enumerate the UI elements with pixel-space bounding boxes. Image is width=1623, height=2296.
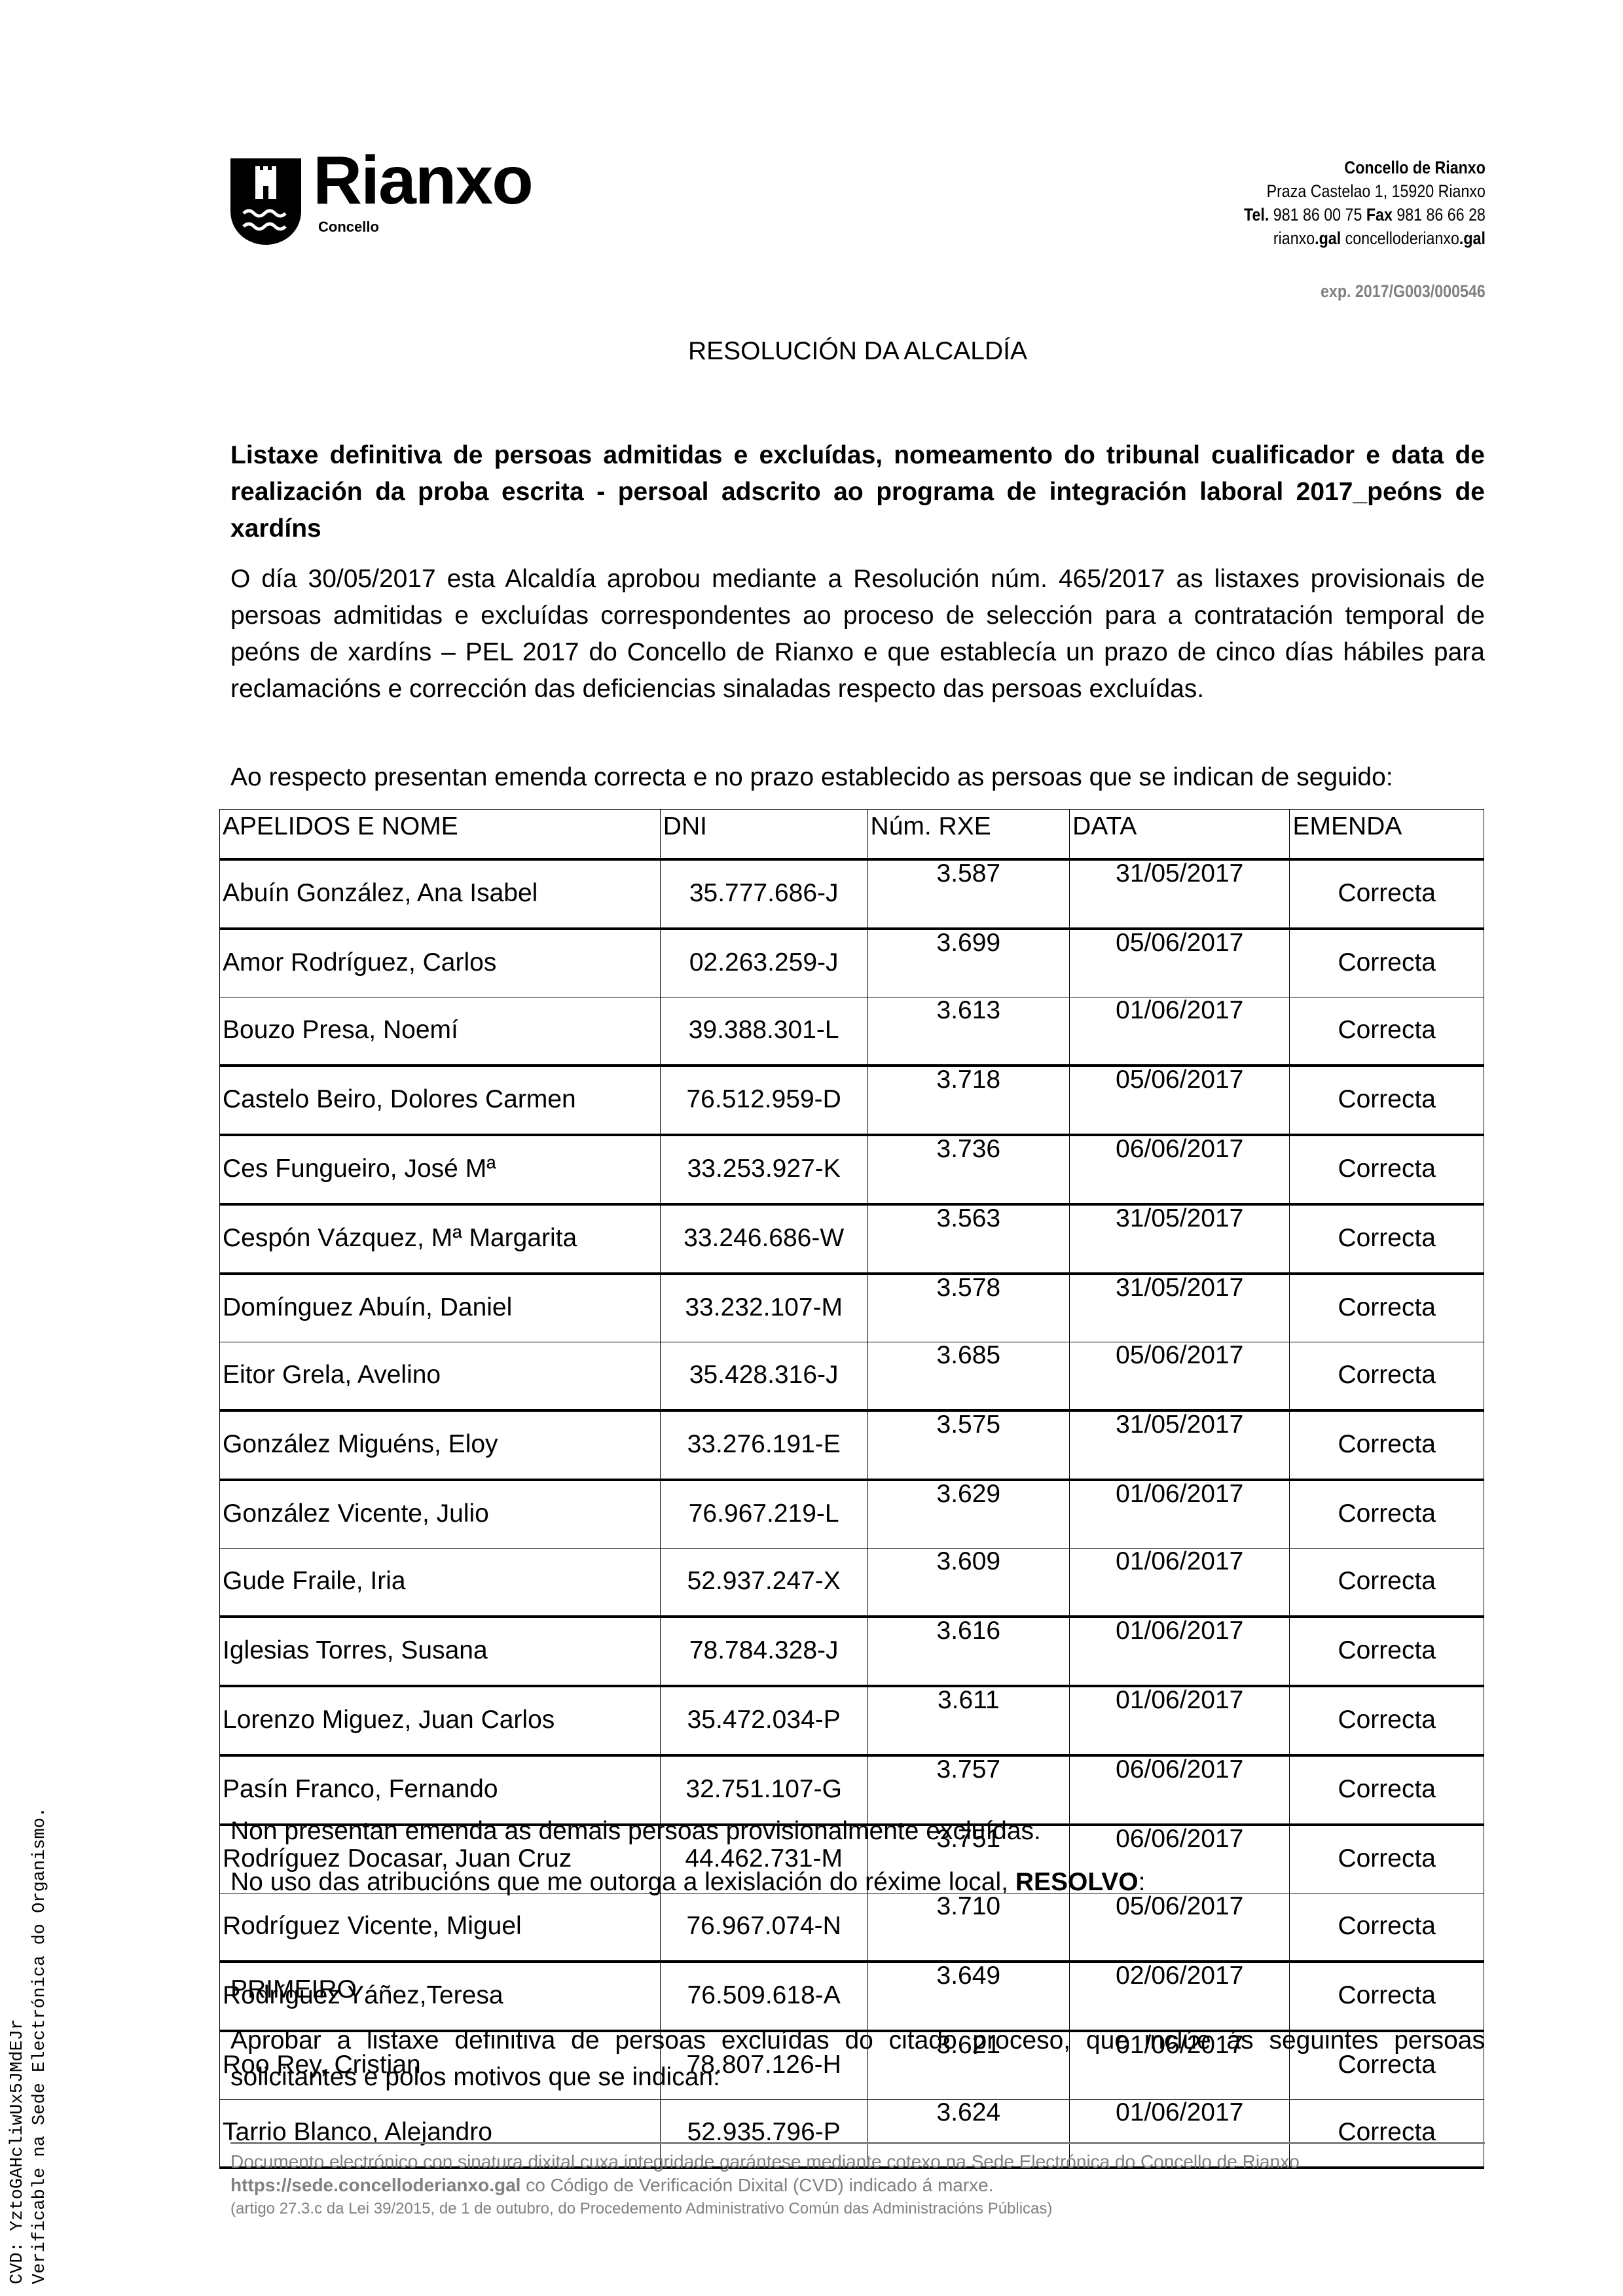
name-cell: Domínguez Abuín, Daniel xyxy=(220,1274,661,1342)
dni-cell: 76.967.219-L xyxy=(660,1480,867,1549)
table-row: Rodríguez Vicente, Miguel76.967.074-N3.7… xyxy=(220,1893,1484,1962)
org-name: Concello de Rianxo xyxy=(1345,158,1486,177)
paragraph-resolvo: No uso das atribucións que me outorga a … xyxy=(230,1864,1485,1901)
emenda-cell: Correcta xyxy=(1290,1686,1484,1755)
address: Praza Castelao 1, 15920 Rianxo xyxy=(1244,179,1486,203)
col-header-date: DATA xyxy=(1070,810,1290,860)
table-row: Bouzo Presa, Noemí39.388.301-L3.61301/06… xyxy=(220,997,1484,1066)
rxe-cell: 3.710 xyxy=(867,1893,1070,1962)
dni-cell: 76.967.074-N xyxy=(660,1893,867,1962)
websites: rianxo.gal concelloderianxo.gal xyxy=(1244,226,1486,250)
emenda-cell: Correcta xyxy=(1290,1274,1484,1342)
col-header-dni: DNI xyxy=(660,810,867,860)
fax-label: Fax xyxy=(1366,205,1393,224)
name-cell: Gude Fraile, Iria xyxy=(220,1549,661,1617)
date-cell: 06/06/2017 xyxy=(1070,1135,1290,1204)
verify-note: Verificable na Sede Electrónica do Organ… xyxy=(29,1807,51,2284)
paragraph-background: O día 30/05/2017 esta Alcaldía aprobou m… xyxy=(230,561,1485,708)
table-row: Lorenzo Miguez, Juan Carlos35.472.034-P3… xyxy=(220,1686,1484,1755)
table-row: Gude Fraile, Iria52.937.247-X3.60901/06/… xyxy=(220,1549,1484,1617)
tel-number: 981 86 00 75 xyxy=(1273,205,1362,224)
name-cell: Abuín González, Ana Isabel xyxy=(220,859,661,929)
dni-cell: 33.276.191-E xyxy=(660,1410,867,1480)
date-cell: 05/06/2017 xyxy=(1070,929,1290,997)
rxe-cell: 3.611 xyxy=(867,1686,1070,1755)
section-primeiro: PRIMEIRO xyxy=(230,1971,1485,2008)
shield-icon xyxy=(229,156,302,246)
footer-line-2-rest: co Código de Verificación Dixital (CVD) … xyxy=(520,2175,993,2195)
date-cell: 01/06/2017 xyxy=(1070,1549,1290,1617)
table-row: Iglesias Torres, Susana78.784.328-J3.616… xyxy=(220,1617,1484,1686)
rxe-cell: 3.699 xyxy=(867,929,1070,997)
name-cell: Bouzo Presa, Noemí xyxy=(220,997,661,1066)
dni-cell: 33.253.927-K xyxy=(660,1135,867,1204)
rxe-cell: 3.575 xyxy=(867,1410,1070,1480)
col-header-rxe: Núm. RXE xyxy=(867,810,1070,860)
emenda-cell: Correcta xyxy=(1290,1135,1484,1204)
dni-cell: 39.388.301-L xyxy=(660,997,867,1066)
rxe-cell: 3.587 xyxy=(867,859,1070,929)
footer: Documento electrónico con sinatura dixit… xyxy=(230,2150,1540,2221)
emenda-cell: Correcta xyxy=(1290,1549,1484,1617)
rxe-cell: 3.578 xyxy=(867,1274,1070,1342)
logo-subtitle: Concello xyxy=(318,219,379,236)
dni-cell: 76.512.959-D xyxy=(660,1066,867,1135)
table-row: Ces Fungueiro, José Mª33.253.927-K3.7360… xyxy=(220,1135,1484,1204)
paragraph-no-amendment: Non presentan emenda as demais persoas p… xyxy=(230,1813,1485,1850)
document-title: RESOLUCIÓN DA ALCALDÍA xyxy=(0,337,1623,366)
expediente-number: exp. 2017/G003/000546 xyxy=(1321,281,1486,302)
date-cell: 05/06/2017 xyxy=(1070,1893,1290,1962)
name-cell: Cespón Vázquez, Mª Margarita xyxy=(220,1204,661,1274)
date-cell: 31/05/2017 xyxy=(1070,1410,1290,1480)
table-row: Castelo Beiro, Dolores Carmen76.512.959-… xyxy=(220,1066,1484,1135)
logo-wordmark: Rianxo xyxy=(313,147,532,215)
resolvo-bold: RESOLVO xyxy=(1015,1868,1139,1896)
footer-line-3: (artigo 27.3.c da Lei 39/2015, de 1 de o… xyxy=(230,2197,1540,2221)
table-row: Domínguez Abuín, Daniel33.232.107-M3.578… xyxy=(220,1274,1484,1342)
footer-divider xyxy=(230,2142,1485,2144)
rxe-cell: 3.609 xyxy=(867,1549,1070,1617)
rxe-cell: 3.629 xyxy=(867,1480,1070,1549)
contact-block: Concello de Rianxo Praza Castelao 1, 159… xyxy=(1244,156,1486,250)
name-cell: González Vicente, Julio xyxy=(220,1480,661,1549)
dni-cell: 52.937.247-X xyxy=(660,1549,867,1617)
phone-fax-line: Tel. 981 86 00 75 Fax 981 86 66 28 xyxy=(1244,203,1486,226)
dni-cell: 78.784.328-J xyxy=(660,1617,867,1686)
resolvo-post: : xyxy=(1139,1868,1146,1896)
date-cell: 31/05/2017 xyxy=(1070,859,1290,929)
subject-heading: Listaxe definitiva de persoas admitidas … xyxy=(230,437,1485,547)
table-row: Cespón Vázquez, Mª Margarita33.246.686-W… xyxy=(220,1204,1484,1274)
dni-cell: 33.232.107-M xyxy=(660,1274,867,1342)
admitted-amendments-table: APELIDOS E NOME DNI Núm. RXE DATA EMENDA… xyxy=(219,809,1484,2169)
table-row: González Vicente, Julio76.967.219-L3.629… xyxy=(220,1480,1484,1549)
name-cell: González Miguéns, Eloy xyxy=(220,1410,661,1480)
web2-link[interactable]: concelloderianxo xyxy=(1345,228,1459,248)
tel-label: Tel. xyxy=(1244,205,1269,224)
web1-tld: .gal xyxy=(1315,228,1341,248)
dni-cell: 33.246.686-W xyxy=(660,1204,867,1274)
rxe-cell: 3.718 xyxy=(867,1066,1070,1135)
dni-cell: 35.472.034-P xyxy=(660,1686,867,1755)
name-cell: Ces Fungueiro, José Mª xyxy=(220,1135,661,1204)
name-cell: Eitor Grela, Avelino xyxy=(220,1342,661,1411)
date-cell: 01/06/2017 xyxy=(1070,997,1290,1066)
name-cell: Iglesias Torres, Susana xyxy=(220,1617,661,1686)
table-row: González Miguéns, Eloy33.276.191-E3.5753… xyxy=(220,1410,1484,1480)
emenda-cell: Correcta xyxy=(1290,1342,1484,1411)
dni-cell: 02.263.259-J xyxy=(660,929,867,997)
date-cell: 01/06/2017 xyxy=(1070,1617,1290,1686)
sede-link[interactable]: https://sede.concelloderianxo.gal xyxy=(230,2175,520,2195)
rxe-cell: 3.563 xyxy=(867,1204,1070,1274)
date-cell: 31/05/2017 xyxy=(1070,1274,1290,1342)
date-cell: 05/06/2017 xyxy=(1070,1342,1290,1411)
name-cell: Lorenzo Miguez, Juan Carlos xyxy=(220,1686,661,1755)
dni-cell: 35.777.686-J xyxy=(660,859,867,929)
rianxo-logo: Rianxo Concello xyxy=(229,156,570,247)
name-cell: Castelo Beiro, Dolores Carmen xyxy=(220,1066,661,1135)
footer-line-2: https://sede.concelloderianxo.gal co Cód… xyxy=(230,2174,1540,2197)
dni-cell: 35.428.316-J xyxy=(660,1342,867,1411)
paragraph-intro-table: Ao respecto presentan emenda correcta e … xyxy=(230,759,1485,796)
emenda-cell: Correcta xyxy=(1290,1617,1484,1686)
table-row: Amor Rodríguez, Carlos02.263.259-J3.6990… xyxy=(220,929,1484,997)
table-row: Abuín González, Ana Isabel35.777.686-J3.… xyxy=(220,859,1484,929)
table-header-row: APELIDOS E NOME DNI Núm. RXE DATA EMENDA xyxy=(220,810,1484,860)
emenda-cell: Correcta xyxy=(1290,929,1484,997)
emenda-cell: Correcta xyxy=(1290,1204,1484,1274)
web1-link[interactable]: rianxo xyxy=(1273,228,1315,248)
emenda-cell: Correcta xyxy=(1290,997,1484,1066)
resolvo-pre: No uso das atribucións que me outorga a … xyxy=(230,1868,1015,1896)
table-row: Eitor Grela, Avelino35.428.316-J3.68505/… xyxy=(220,1342,1484,1411)
emenda-cell: Correcta xyxy=(1290,859,1484,929)
footer-line-1: Documento electrónico con sinatura dixit… xyxy=(230,2150,1540,2174)
date-cell: 01/06/2017 xyxy=(1070,1480,1290,1549)
margin-verification: CVD: YztoGAHcliwUx5JMdEJrVerificable na … xyxy=(7,1807,51,2284)
rxe-cell: 3.685 xyxy=(867,1342,1070,1411)
emenda-cell: Correcta xyxy=(1290,1480,1484,1549)
paragraph-primeiro: Aprobar a listaxe definitiva de persoas … xyxy=(230,2022,1485,2096)
col-header-emenda: EMENDA xyxy=(1290,810,1484,860)
date-cell: 05/06/2017 xyxy=(1070,1066,1290,1135)
date-cell: 01/06/2017 xyxy=(1070,1686,1290,1755)
emenda-cell: Correcta xyxy=(1290,1893,1484,1962)
emenda-cell: Correcta xyxy=(1290,1410,1484,1480)
rxe-cell: 3.613 xyxy=(867,997,1070,1066)
web2-tld: .gal xyxy=(1459,228,1486,248)
rxe-cell: 3.736 xyxy=(867,1135,1070,1204)
date-cell: 31/05/2017 xyxy=(1070,1204,1290,1274)
col-header-name: APELIDOS E NOME xyxy=(220,810,661,860)
emenda-cell: Correcta xyxy=(1290,1066,1484,1135)
fax-number: 981 86 66 28 xyxy=(1396,205,1486,224)
cvd-code: CVD: YztoGAHcliwUx5JMdEJr xyxy=(7,1807,29,2284)
name-cell: Amor Rodríguez, Carlos xyxy=(220,929,661,997)
name-cell: Rodríguez Vicente, Miguel xyxy=(220,1893,661,1962)
rxe-cell: 3.616 xyxy=(867,1617,1070,1686)
